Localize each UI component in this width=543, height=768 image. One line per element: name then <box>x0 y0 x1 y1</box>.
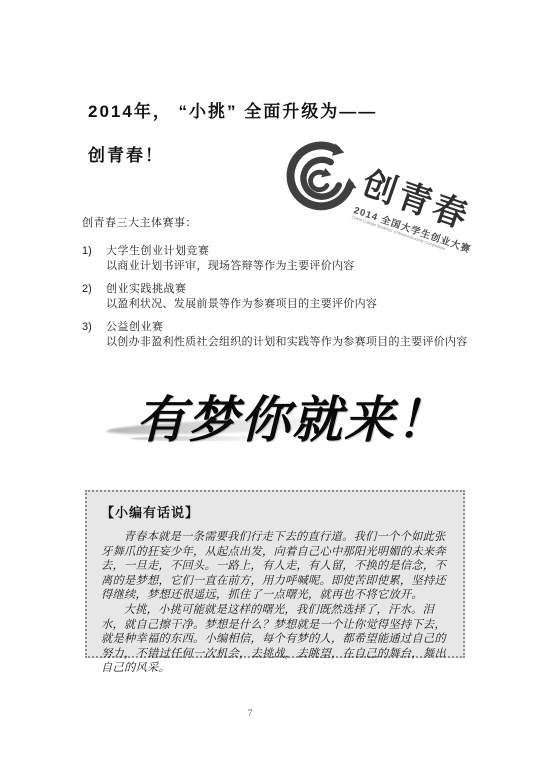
page-title-line1: 2014年， “小挑” 全面升级为—— <box>88 97 377 122</box>
events-section: 创青春三大主体赛事： 1) 大学生创业计划竞赛 以商业计划书评审，现场答辩等作为… <box>82 214 472 358</box>
editor-note-box: 【小编有话说】 青春本就是一条需要我们行走下去的直行道。我们一个个如此张牙舞爪的… <box>85 490 465 658</box>
event-name: 公益创业赛 <box>106 320 164 335</box>
event-description: 以盈利状况、发展前景等作为参赛项目的主要评价内容 <box>106 297 472 312</box>
editor-note-body: 青春本就是一条需要我们行走下去的直行道。我们一个个如此张牙舞爪的狂妄少年，从起点… <box>101 530 449 676</box>
list-item: 3) 公益创业赛 以创办非盈利性质社会组织的计划和实践等作为参赛项目的主要评价内… <box>82 320 472 350</box>
calligraphy-slogan: 有梦你就来！ <box>136 380 448 452</box>
event-description: 以创办非盈利性质社会组织的计划和实践等作为参赛项目的主要评价内容 <box>106 335 472 350</box>
editor-note-paragraph: 大挑，小挑可能就是这样的曙光，我们既然选择了，汗水。泪水，就自己擦干净。梦想是什… <box>101 603 449 676</box>
event-description: 以商业计划书评审，现场答辩等作为主要评价内容 <box>106 259 472 274</box>
event-name: 创业实践挑战赛 <box>106 282 187 297</box>
list-item: 2) 创业实践挑战赛 以盈利状况、发展前景等作为参赛项目的主要评价内容 <box>82 282 472 312</box>
editor-note-paragraph: 青春本就是一条需要我们行走下去的直行道。我们一个个如此张牙舞爪的狂妄少年，从起点… <box>101 530 449 603</box>
list-item: 1) 大学生创业计划竞赛 以商业计划书评审，现场答辩等作为主要评价内容 <box>82 244 472 274</box>
event-number: 1) <box>82 244 106 259</box>
events-intro: 创青春三大主体赛事： <box>82 214 472 230</box>
event-name: 大学生创业计划竞赛 <box>106 244 210 259</box>
page-title-line2: 创青春！ <box>88 141 164 166</box>
event-number: 3) <box>82 320 106 335</box>
document-page: 2014年， “小挑” 全面升级为—— 创青春！ 创青春 2014 全国大学生创… <box>0 0 543 768</box>
slogan-block: 有梦你就来！ <box>100 376 450 471</box>
page-number: 7 <box>240 708 260 718</box>
event-number: 2) <box>82 282 106 297</box>
editor-note-heading: 【小编有话说】 <box>101 502 449 521</box>
